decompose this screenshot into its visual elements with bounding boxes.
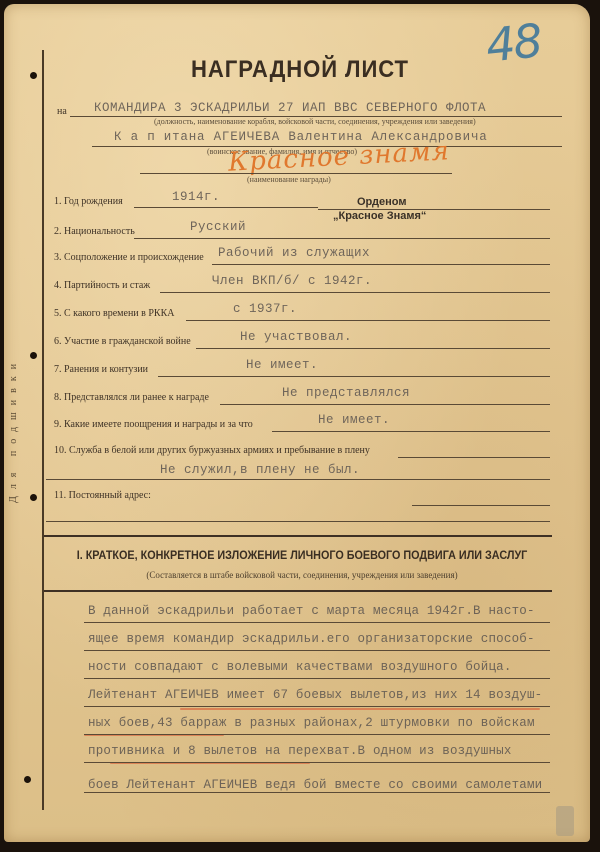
description-line: боев Лейтенант АГЕИЧЕВ ведя бой вместе с…	[88, 778, 542, 792]
field-label: 10. Служба в белой или других буржуазных…	[54, 445, 370, 456]
punch-hole-icon	[24, 776, 31, 783]
field-line	[272, 431, 550, 432]
description-line: ящее время командир эскадрильи.его орган…	[88, 632, 535, 646]
field-label: 1. Год рождения	[54, 196, 123, 207]
field-line	[46, 479, 550, 480]
field-line	[134, 207, 318, 208]
section-subtitle: (Составляется в штабе войсковой части, с…	[44, 570, 560, 580]
award-stamp-line2: „Красное Знамя“	[333, 210, 426, 222]
field-value: Член ВКП/б/ с 1942г.	[212, 274, 372, 288]
description-line: В данной эскадрильи работает с марта мес…	[88, 604, 535, 618]
section-title: I. КРАТКОЕ, КОНКРЕТНОЕ ИЗЛОЖЕНИЕ ЛИЧНОГО…	[70, 548, 534, 562]
field-value: 1914г.	[172, 190, 220, 204]
field-line	[398, 457, 550, 458]
award-stamp-line1: Орденом	[357, 196, 406, 208]
section-divider	[44, 535, 552, 537]
field-value: Не имеет.	[318, 413, 390, 427]
text-line	[84, 678, 550, 679]
field-label: 9. Какие имеете поощрения и награды и за…	[54, 419, 253, 430]
field-line	[158, 376, 550, 377]
paper-stain	[556, 806, 574, 836]
section-divider	[44, 590, 552, 592]
award-line	[140, 173, 452, 174]
field-line	[46, 521, 550, 522]
text-line	[84, 792, 550, 793]
field-value: Не служил,в плену не был.	[160, 463, 360, 477]
document-title: НАГРАДНОЙ ЛИСТ	[24, 56, 576, 84]
text-line	[84, 706, 550, 707]
field-line	[186, 320, 550, 321]
field-label: 6. Участие в гражданской войне	[54, 336, 191, 347]
field-label: 11. Постоянный адрес:	[54, 490, 151, 501]
text-line	[84, 762, 550, 763]
description-line: ности совпадают с волевыми качествами во…	[88, 660, 512, 674]
field-line	[196, 348, 550, 349]
field-line	[412, 505, 550, 506]
field-line	[220, 404, 550, 405]
field-value: Не имеет.	[246, 358, 318, 372]
red-pencil-underline	[180, 708, 540, 710]
text-line	[84, 650, 550, 651]
field-value: с 1937г.	[233, 302, 297, 316]
field-label: 4. Партийность и стаж	[54, 280, 150, 291]
field-line	[134, 238, 550, 239]
field-line	[318, 209, 550, 210]
text-line	[84, 734, 550, 735]
text-line	[84, 622, 550, 623]
field-value: Русский	[190, 220, 246, 234]
binding-margin-rule	[42, 50, 44, 810]
field-line	[160, 292, 550, 293]
description-line: ных боев,43 барраж в разных районах,2 шт…	[88, 716, 535, 730]
field-label: 8. Представлялся ли ранее к награде	[54, 392, 209, 403]
field-value: Рабочий из служащих	[218, 246, 370, 260]
field-label: 2. Национальность	[54, 226, 135, 237]
na-label: на	[57, 106, 67, 117]
field-value: Не участвовал.	[240, 330, 352, 344]
description-line: Лейтенант АГЕИЧЕВ имеет 67 боевых вылето…	[88, 688, 542, 702]
description-line: противника и 8 вылетов на перехват.В одн…	[88, 744, 512, 758]
field-label: 5. С какого времени в РККА	[54, 308, 175, 319]
field-line	[212, 264, 550, 265]
award-caption: (наименование награды)	[247, 175, 331, 184]
field-value: Не представлялся	[282, 386, 410, 400]
field-label: 7. Ранения и контузии	[54, 364, 148, 375]
position-value: КОМАНДИРА 3 ЭСКАДРИЛЬИ 27 ИАП ВВС СЕВЕРН…	[94, 101, 486, 115]
binding-margin-label: Для подшивки	[8, 330, 32, 530]
position-caption: (должность, наименование корабля, войско…	[154, 117, 476, 126]
field-label: 3. Соцположение и происхождение	[54, 252, 204, 263]
